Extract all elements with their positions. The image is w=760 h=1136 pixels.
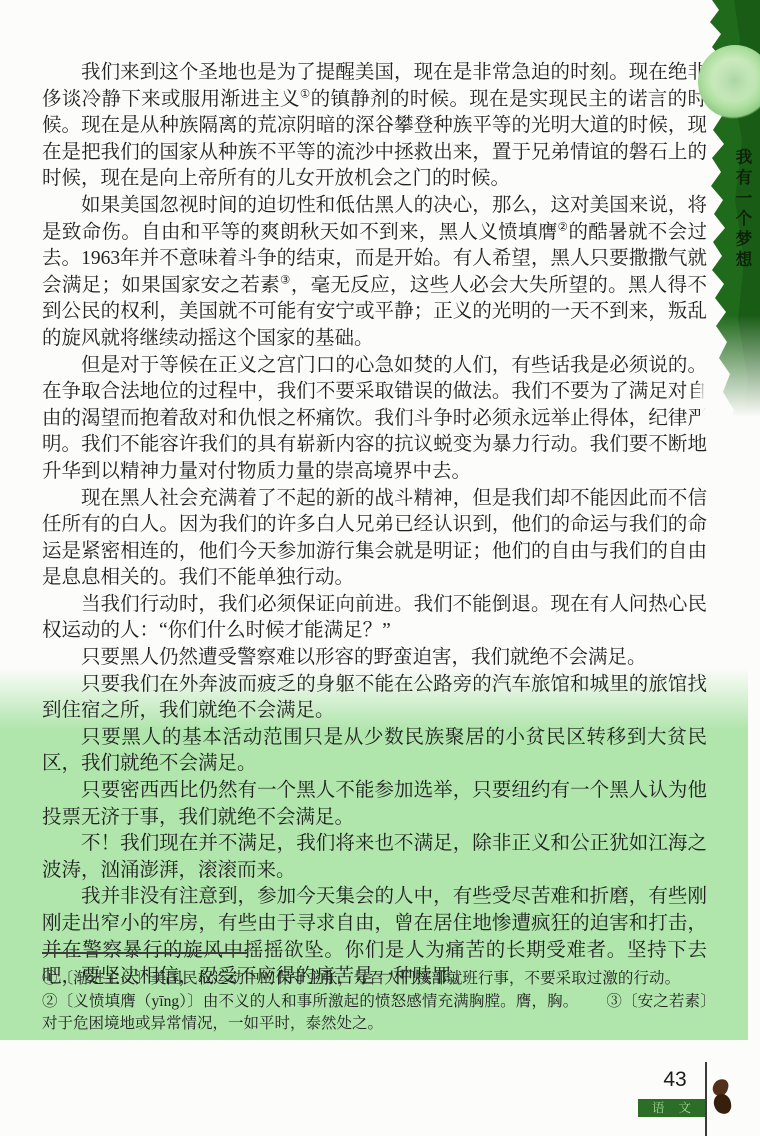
body-paragraph: 只要密西西比仍然有一个黑人不能参加选举，只要纽约有一个黑人认为他投票无济于事，我… xyxy=(42,778,707,831)
body-paragraph: 只要黑人仍然遭受警察难以形容的野蛮迫害，我们就绝不会满足。 xyxy=(42,645,707,672)
textbook-page: 我们来到这个圣地也是为了提醒美国，现在是非常急迫的时刻。现在绝非侈谈冷静下来或服… xyxy=(0,0,760,1136)
ink-blot-icon xyxy=(713,1093,733,1115)
footnote-item: ②〔义愤填膺（yīng）〕由不义的人和事所激起的愤怒感情充满胸膛。膺，胸。 xyxy=(42,993,578,1010)
body-paragraph: 我们来到这个圣地也是为了提醒美国，现在是非常急迫的时刻。现在绝非侈谈冷静下来或服… xyxy=(42,60,707,193)
footnote-ref: ① xyxy=(300,87,311,100)
page-number: 43 xyxy=(650,1068,700,1092)
body-paragraph: 不！我们现在并不满足，我们将来也不满足，除非正义和公正犹如江海之波涛，汹涌澎湃，… xyxy=(42,831,707,884)
body-paragraph: 当我们行动时，我们必须保证向前进。我们不能倒退。现在有人问热心民权运动的人：“你… xyxy=(42,592,707,645)
chapter-title-vertical: 我有一个梦想 xyxy=(730,148,754,298)
body-paragraph: 但是对于等候在正义之宫门口的心急如焚的人们，有些话我是必须说的。在争取合法地位的… xyxy=(42,353,707,486)
body-paragraph: 只要我们在外奔波而疲乏的身躯不能在公路旁的汽车旅馆和城里的旅馆找到住宿之所，我们… xyxy=(42,672,707,725)
footnote-ref: ③ xyxy=(280,273,291,286)
body-paragraph: 只要黑人的基本活动范围只是从少数民族聚居的小贫民区转移到大贫民区，我们就绝不会满… xyxy=(42,725,707,778)
footnote-separator xyxy=(42,952,248,954)
body-text: 我们来到这个圣地也是为了提醒美国，现在是非常急迫的时刻。现在绝非侈谈冷静下来或服… xyxy=(42,60,707,991)
trim-line xyxy=(705,1062,707,1136)
footnote-item: ①〔渐进主义〕美国民权运动中的保守主张，号召人们按部就班行事，不要采取过激的行动… xyxy=(42,970,680,987)
subject-badge: 语文 xyxy=(638,1099,705,1117)
footnote-ref: ② xyxy=(558,220,569,233)
body-paragraph: 现在黑人社会充满着了不起的新的战斗精神，但是我们却不能因此而不信任所有的白人。因… xyxy=(42,486,707,592)
body-paragraph: 如果美国忽视时间的迫切性和低估黑人的决心，那么，这对美国来说，将是致命伤。自由和… xyxy=(42,193,707,353)
chapter-tab-fade xyxy=(700,315,760,431)
footnotes-text: ①〔渐进主义〕美国民权运动中的保守主张，号召人们按部就班行事，不要采取过激的行动… xyxy=(42,968,708,1036)
